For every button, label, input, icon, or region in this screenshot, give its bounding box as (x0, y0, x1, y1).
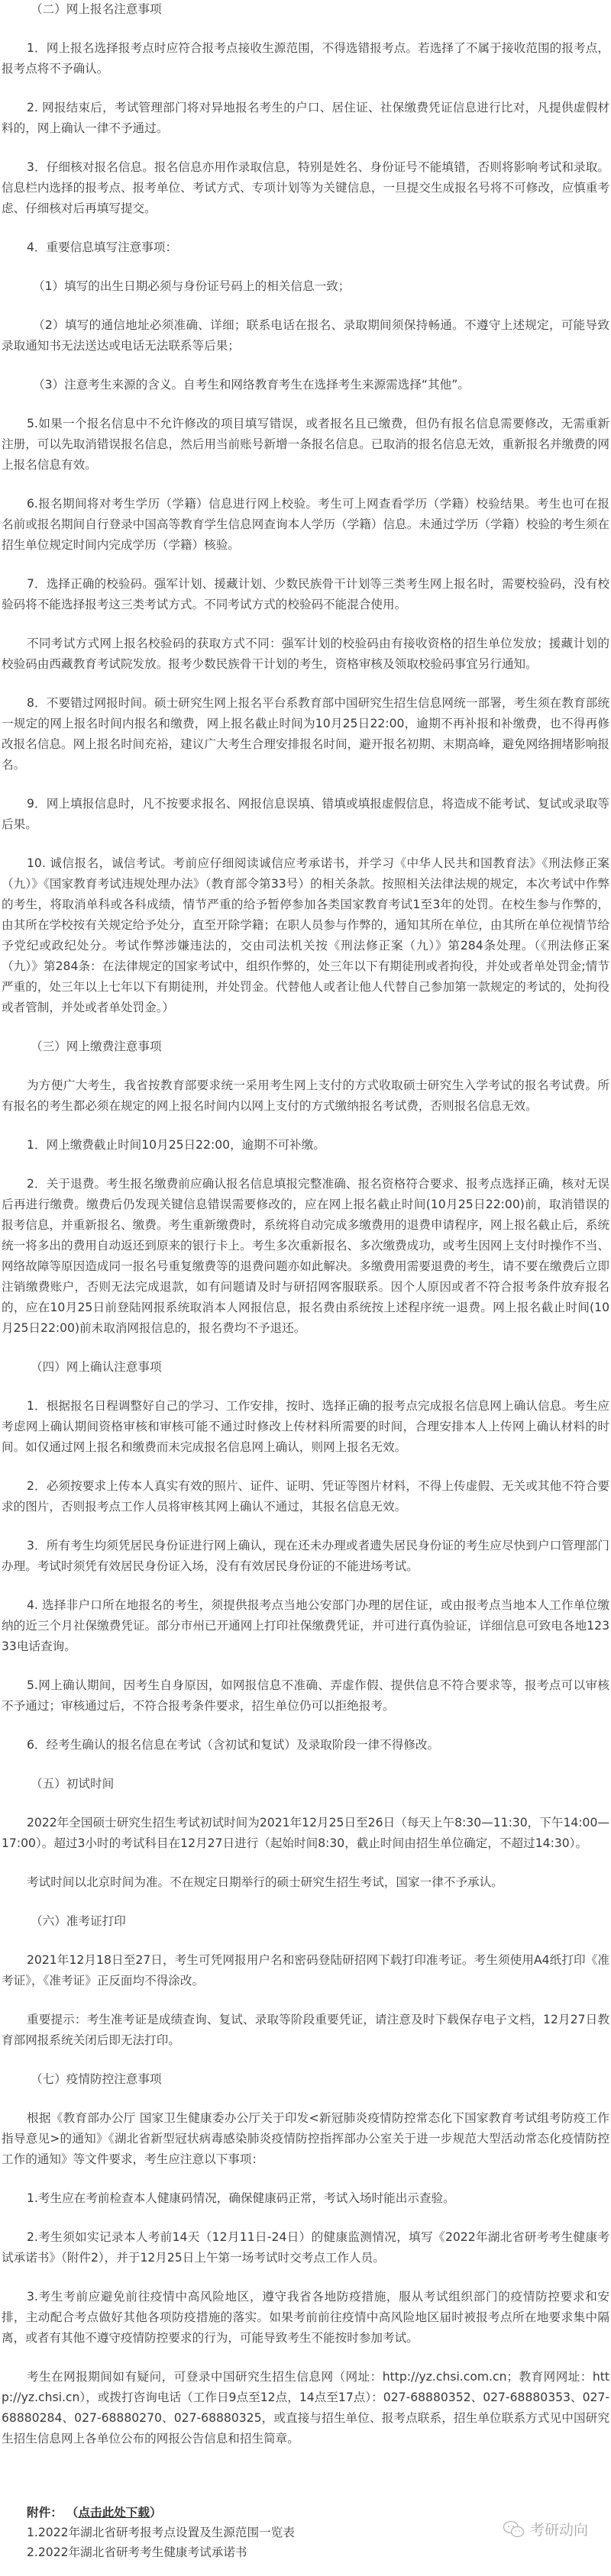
paragraph: 5.网上确认期间，因考生自身原因，如网报信息不准确、弄虚作假、提供信息不符合要求… (2, 1675, 609, 1717)
wechat-icon (503, 2520, 525, 2539)
paragraph: 根据《教育部办公厅 国家卫生健康委办公厅关于印发<新冠肺炎疫情防控常态化下国家教… (2, 2108, 609, 2170)
paragraph: 1．网上报名选择报考点时应符合报考点接收生源范围，不得选错报考点。若选择了不属于… (2, 38, 609, 79)
watermark: 考研动向 (503, 2519, 588, 2539)
paragraph: 1.考生应在考前检查本人健康码情况，确保健康码正常，考试入场时能出示查验。 (2, 2188, 609, 2209)
paragraph: 2021年12月18日至27日，考生可凭网报用户名和密码登陆研招网下载打印准考证… (2, 1950, 609, 1991)
paragraph: 1．根据报名日程调整好自己的学习、工作安排，按时、选择正确的报考点完成报名信息网… (2, 1396, 609, 1458)
section-title-online-registration: （二）网上报名注意事项 (2, 0, 609, 20)
section-title-online-confirmation: （四）网上确认注意事项 (2, 1357, 609, 1378)
paragraph: 4．重要信息填写注意事项： (2, 237, 609, 258)
paragraph: 4. 选择非户口所在地报名的考生，须提供报考点当地公安部门办理的居住证，或由报考… (2, 1595, 609, 1657)
paragraph: 1．网上缴费截止时间10月25日22:00，逾期不可补缴。 (2, 1135, 609, 1156)
paragraph: 6.报名期间将对考生学历（学籍）信息进行网上校验。考生可上网查看学历（学籍）校验… (2, 494, 609, 556)
paragraph: 2022年全国硕士研究生招生考试初试时间为2021年12月25日至26日（每天上… (2, 1813, 609, 1854)
paragraph: 5.如果一个报名信息中不允许修改的项目填写错误，或者报名且已缴费，但仍有报名信息… (2, 414, 609, 476)
paragraph: 10. 诚信报名，诚信考试。考前应仔细阅读诚信应考承诺书，并学习《中华人民共和国… (2, 853, 609, 1018)
paragraph: 考生在网报期间如有疑问，可登录中国研究生招生信息网（网址：http://yz.c… (2, 2367, 609, 2449)
section-title-online-payment: （三）网上缴费注意事项 (2, 1037, 609, 1057)
link-open-paren: （ (66, 2506, 79, 2520)
paragraph: 为方便广大考生，我省按教育部要求统一采用考生网上支付的方式收取硕士研究生入学考试… (2, 1075, 609, 1117)
paragraph: 不同考试方式网上报名校验码的获取方式不同：强军计划的校验码由有接收资格的招生单位… (2, 634, 609, 675)
watermark-text: 考研动向 (530, 2519, 588, 2539)
paragraph: 2．关于退费。考生报名缴费前应确认报名信息填报完整准确、报名资格符合要求、报考点… (2, 1174, 609, 1339)
paragraph: 重要提示：考生准考证是成绩查询、复试、录取等阶段重要凭证，请注意及时下载保存电子… (2, 2010, 609, 2051)
paragraph: 2．必须按要求上传本人真实有效的照片、证件、证明、凭证等图片材料，不得上传虚假、… (2, 1476, 609, 1517)
paragraph: 考试时间以北京时间为准。不在规定日期举行的硕士研究生招生考试，国家一律不予承认。 (2, 1872, 609, 1893)
sub-paragraph: （1）填写的出生日期必须与身份证号码上的相关信息一致； (2, 276, 609, 297)
paragraph: 8．不要错过网报时间。硕士研究生网上报名平台系教育部中国研究生招生信息网统一部署… (2, 693, 609, 775)
article-body: （二）网上报名注意事项 1．网上报名选择报考点时应符合报考点接收生源范围，不得选… (0, 0, 611, 2562)
paragraph: 3．仔细核对报名信息。报名信息亦用作录取信息，特别是姓名、身份证号不能填错，否则… (2, 157, 609, 219)
paragraph: 3．所有考生均须凭居民身份证进行网上确认，现在还未办理或者遗失居民身份证的考生应… (2, 1536, 609, 1577)
paragraph: 9．网上填报信息时，凡不按要求报名、网报信息误填、错填或填报虚假信息，将造成不能… (2, 794, 609, 835)
sub-paragraph: （3）注意考生来源的含义。自考生和网络教育考生在选择考生来源需选择“其他”。 (2, 375, 609, 395)
paragraph: 6．经考生确认的报名信息在考试（含初试和复试）及录取阶段一律不得修改。 (2, 1735, 609, 1755)
section-title-epidemic-prevention: （七）疫情防控注意事项 (2, 2069, 609, 2090)
section-title-exam-time: （五）初试时间 (2, 1774, 609, 1794)
paragraph: 2.考生须如实记录本人考前14天（12月11日-24日）的健康监测情况，填写《2… (2, 2227, 609, 2268)
section-title-admission-ticket: （六）准考证打印 (2, 1911, 609, 1932)
download-link[interactable]: 点击此处下载 (78, 2506, 150, 2520)
paragraph: 7．选择正确的校验码。强军计划、援藏计划、少数民族骨干计划等三类考生网上报名时，… (2, 574, 609, 615)
sub-paragraph: （2）填写的通信地址必须准确、详细；联系电话在报名、录取期间须保持畅通。不遵守上… (2, 315, 609, 356)
attachment-item: 2.2022年湖北省研考考生健康考试承诺书 (27, 2542, 609, 2562)
paragraph: 3.考生考前应避免前往疫情中高风险地区，遵守我省各地防疫措施，服从考试组织部门的… (2, 2287, 609, 2349)
paragraph: 2. 网报结束后，考试管理部门将对异地报名考生的户口、居住证、社保缴费凭证信息进… (2, 98, 609, 139)
link-close-paren: ） (150, 2506, 162, 2520)
attachments-label: 附件： (27, 2506, 63, 2520)
